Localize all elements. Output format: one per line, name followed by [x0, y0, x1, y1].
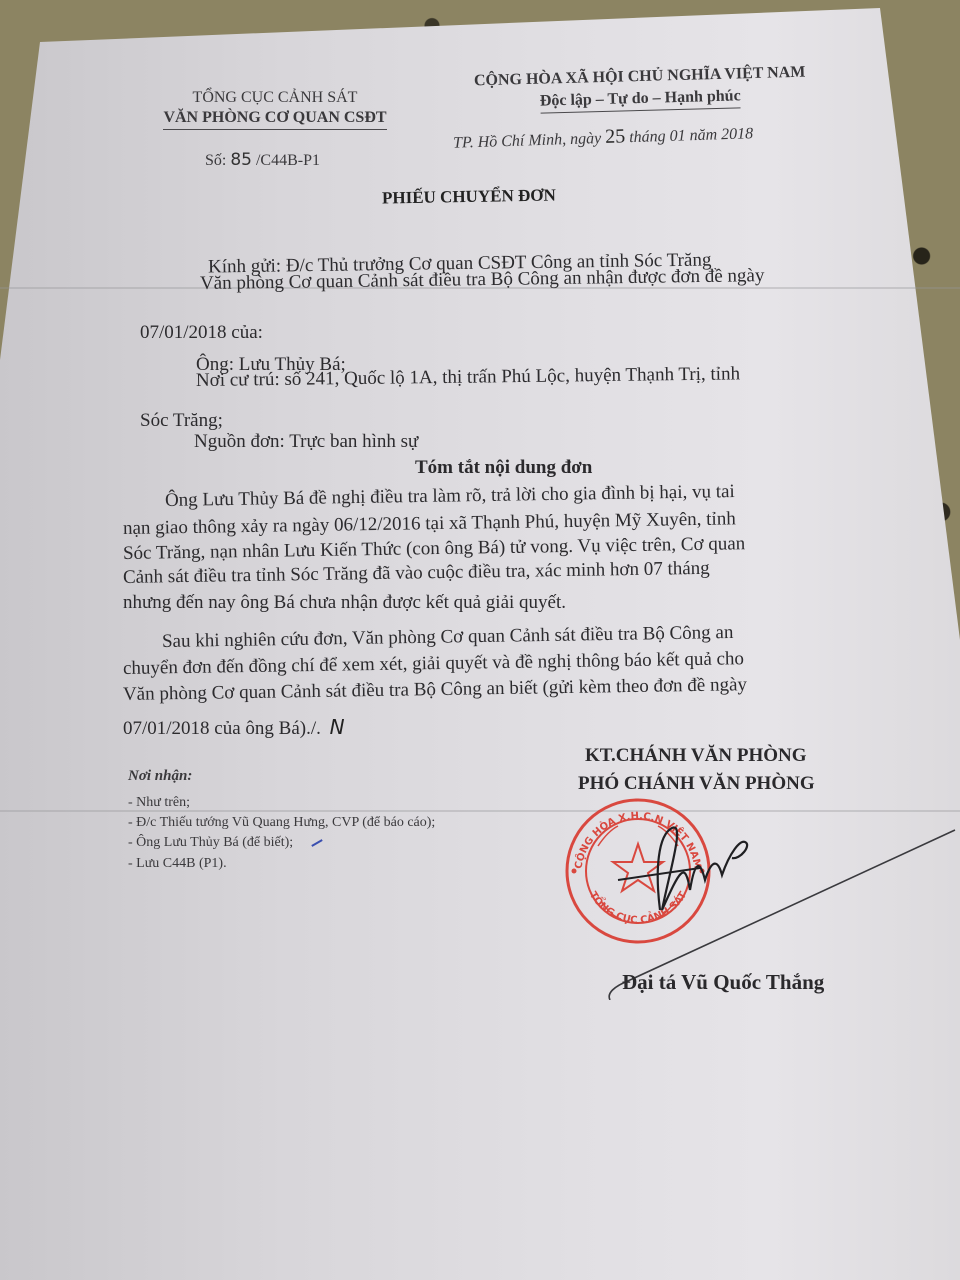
handwritten-initials: N	[330, 715, 345, 739]
conclusion-line: 07/01/2018 của ông Bá)./. N	[123, 715, 345, 740]
summary-line: nhưng đến nay ông Bá chưa nhận được kết …	[123, 592, 566, 614]
recipient-item: - Lưu C44B (P1).	[128, 856, 227, 872]
intro-line2: 07/01/2018 của:	[140, 322, 263, 344]
source: Nguồn đơn: Trực ban hình sự	[194, 431, 418, 453]
recipient-item: - Ông Lưu Thủy Bá (để biết);	[128, 835, 323, 851]
residence-line2: Sóc Trăng;	[140, 410, 223, 432]
summary-title: Tóm tắt nội dung đơn	[415, 457, 592, 479]
handwritten-number: 85	[230, 150, 252, 170]
handwritten-signature-icon	[600, 780, 960, 1000]
signature-title-line1: KT.CHÁNH VĂN PHÒNG	[585, 745, 807, 767]
document-title: PHIẾU CHUYỂN ĐƠN	[382, 185, 556, 208]
signer-name: Đại tá Vũ Quốc Thắng	[622, 970, 824, 995]
issuing-agency: TỔNG CỤC CẢNH SÁT VĂN PHÒNG CƠ QUAN CSĐT	[150, 88, 400, 130]
recipient-item: - Như trên;	[128, 795, 190, 811]
handwritten-day: 25	[605, 125, 626, 148]
agency-line1: TỔNG CỤC CẢNH SÁT	[150, 88, 400, 108]
recipient-item: - Đ/c Thiếu tướng Vũ Quang Hưng, CVP (để…	[128, 815, 435, 831]
recipients-title: Nơi nhận:	[128, 768, 192, 785]
pen-check-mark	[311, 839, 322, 847]
agency-line2: VĂN PHÒNG CƠ QUAN CSĐT	[163, 108, 386, 130]
document-number: Số: 85 /C44B-P1	[205, 150, 320, 170]
